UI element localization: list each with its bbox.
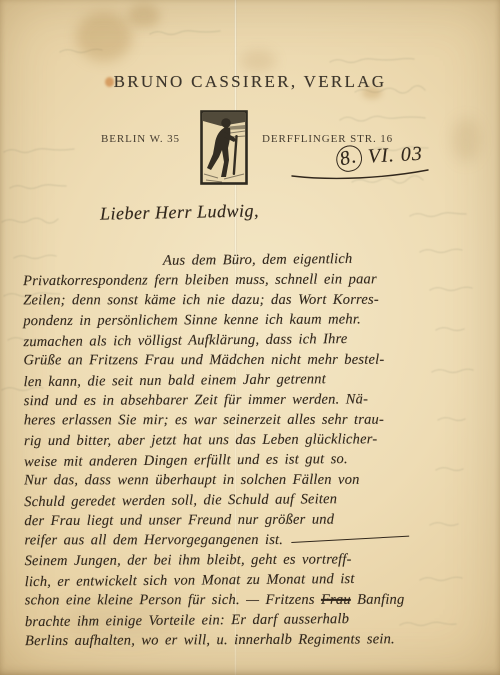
- letter-body: Aus dem Büro, dem eigentlichPrivatkorres…: [23, 249, 471, 651]
- publisher-street: DERFFLINGER STR. 16: [262, 133, 393, 145]
- handwriting-line: Privatkorrespondenz fern bleiben muss, s…: [23, 269, 469, 291]
- handwriting-line: schon eine kleine Person für sich. — Fri…: [25, 590, 471, 611]
- paper-stain: [76, 12, 132, 62]
- handwriting-line: heres erlassen Sie mir; es war seinerzei…: [24, 410, 470, 431]
- handwriting-line: zumachen als ich völligst Aufklärung, da…: [23, 328, 469, 352]
- handwriting-line: Aus dem Büro, dem eigentlich: [23, 248, 469, 272]
- paper-stain: [128, 4, 160, 28]
- handwriting-line: Nur das, dass wenn überhaupt in solchen …: [24, 470, 470, 491]
- handwriting-line: Zeilen; denn sonst käme ich nie dazu; da…: [23, 290, 469, 311]
- handwriting-line: reifer aus all dem Hervorgegangenen ist.: [24, 530, 470, 551]
- date-underline-flourish: [290, 166, 432, 184]
- date-month-year: VI. 03: [367, 143, 423, 168]
- handwriting-line: sind und es in absehbarer Zeit für immer…: [24, 389, 470, 411]
- handwriting-line: Schuld geredet werden soll, die Schuld a…: [24, 488, 470, 512]
- handwriting-line: der Frau liegt und unser Freund nur größ…: [24, 509, 470, 531]
- salutation: Lieber Herr Ludwig,: [100, 200, 259, 224]
- letter-page: BRUNO CASSIRER, VERLAG BERLIN W. 35 DERF…: [0, 0, 500, 675]
- handwriting-line: lich, er entwickelt sich von Monat zu Mo…: [25, 568, 471, 592]
- paper-stain: [240, 50, 276, 72]
- handwriting-line: brachte ihm einige Vorteile ein: Er darf…: [25, 608, 471, 632]
- handwriting-line: len kann, die seit nun bald einem Jahr g…: [24, 368, 470, 392]
- paper-stain: [452, 118, 480, 162]
- handwriting-line: Berlins aufhalten, wo er will, u. innerh…: [25, 629, 471, 651]
- handwriting-line: weise mit anderen Dingen erfüllt und es …: [24, 448, 470, 472]
- publisher-city: BERLIN W. 35: [101, 133, 180, 145]
- publisher-logo-icon: [200, 110, 248, 185]
- publisher-name: BRUNO CASSIRER, VERLAG: [0, 72, 500, 92]
- pen-stroke-rule: [291, 536, 409, 543]
- handwriting-line: Grüße an Fritzens Frau und Mädchen nicht…: [24, 350, 470, 371]
